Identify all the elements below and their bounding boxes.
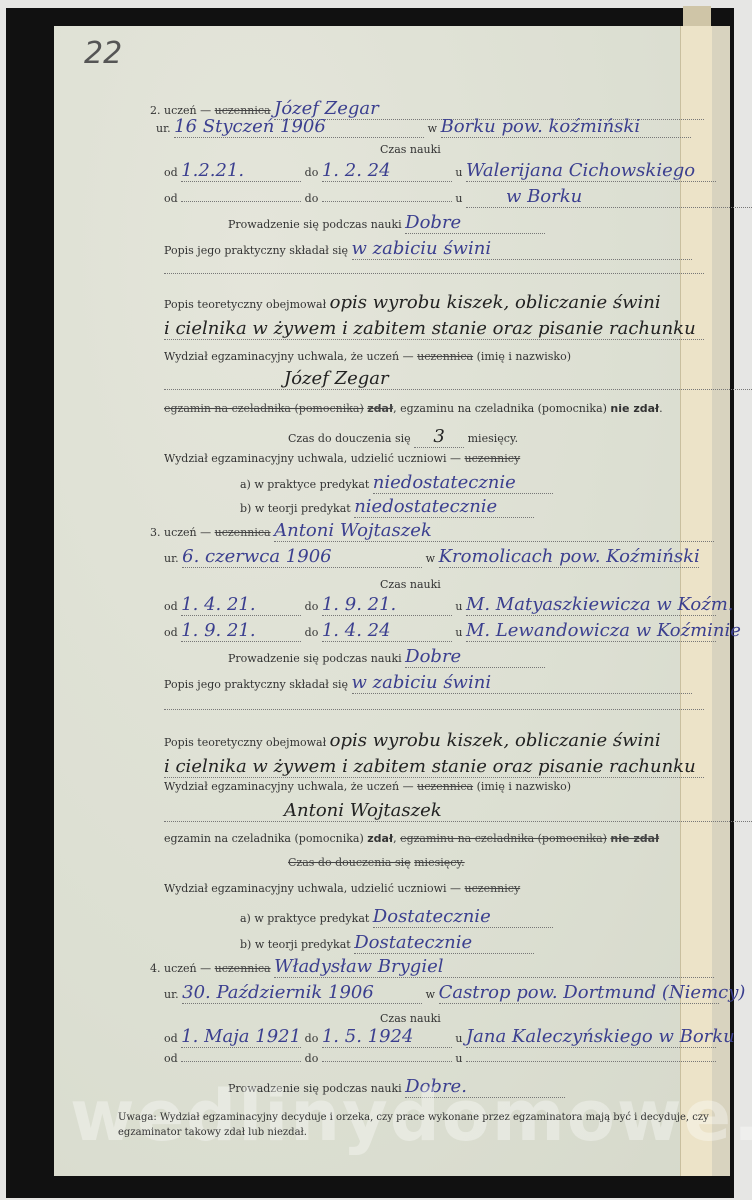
entry-3-grant: Wydział egzaminacyjny uchwala, udzielić … xyxy=(164,882,520,895)
entry-2-grade-practice: a) w praktyce predykat niedostatecznie xyxy=(240,472,553,494)
entry-3-months: Czas do douczenia się miesięcy. xyxy=(288,856,465,869)
entry-2-result: egzamin na czeladnika (pomocnika) zdał, … xyxy=(164,402,663,415)
czas-nauki-label: Czas nauki xyxy=(380,143,441,156)
entry-3-result: egzamin na czeladnika (pomocnika) zdał, … xyxy=(164,832,659,845)
entry-2-period-2: od do u w Borku xyxy=(164,186,752,208)
entry-3-birth-row: ur. 6. czerwca 1906 w Kromolicach pow. K… xyxy=(164,546,699,568)
entry-2-decision: Wydział egzaminacyjny uchwala, że uczeń … xyxy=(164,350,571,363)
entry-4-period-1: od 1. Maja 1921 do 1. 5. 1924 u Jana Kal… xyxy=(164,1026,716,1048)
page-number: 22 xyxy=(84,36,122,71)
czas-nauki-label: Czas nauki xyxy=(380,578,441,591)
entry-3-grade-practice: a) w praktyce predykat Dostatecznie xyxy=(240,906,553,928)
entry-3-conduct: Prowadzenie się podczas nauki Dobre xyxy=(228,646,545,668)
entry-3-decision: Wydział egzaminacyjny uchwala, że uczeń … xyxy=(164,780,571,793)
entry-3-practical: Popis jego praktyczny składał się w zabi… xyxy=(164,672,692,694)
entry-3-period-1: od 1. 4. 21. do 1. 9. 21. u M. Matyaszki… xyxy=(164,594,716,616)
czas-nauki-label: Czas nauki xyxy=(380,1012,441,1025)
entry-3-name-row: 3. uczeń — uczennica Antoni Wojtaszek xyxy=(150,520,714,542)
entry-3-grade-theory: b) w teorji predykat Dostatecznie xyxy=(240,932,534,954)
entry-2-practical: Popis jego praktyczny składał się w zabi… xyxy=(164,238,692,260)
entry-2-grant: Wydział egzaminacyjny uchwala, udzielić … xyxy=(164,452,520,465)
footnote: Uwaga: Wydział egzaminacyjny decyduje i … xyxy=(118,1110,718,1140)
entry-2-months: Czas do douczenia się 3 miesięcy. xyxy=(288,426,518,448)
entry-2-grade-theory: b) w teorji predykat niedostatecznie xyxy=(240,496,534,518)
entry-2-conduct: Prowadzenie się podczas nauki Dobre xyxy=(228,212,545,234)
entry-2-period-1: od 1.2.21. do 1. 2. 24 u Walerijana Cich… xyxy=(164,160,716,182)
entry-2-birth-row: ur. 16 Styczeń 1906 w Borku pow. koźmińs… xyxy=(156,116,691,138)
entry-2-theoretical: Popis teoretyczny obejmował opis wyrobu … xyxy=(164,292,661,313)
entry-4-period-2: od do u xyxy=(164,1052,716,1065)
entry-3-theoretical: Popis teoretyczny obejmował opis wyrobu … xyxy=(164,730,661,751)
entry-4-birth-row: ur. 30. Październik 1906 w Castrop pow. … xyxy=(164,982,719,1004)
entry-4-name-row: 4. uczeń — uczennica Władysław Brygiel xyxy=(150,956,714,978)
entry-3-period-2: od 1. 9. 21. do 1. 4. 24 u M. Lewandowic… xyxy=(164,620,716,642)
